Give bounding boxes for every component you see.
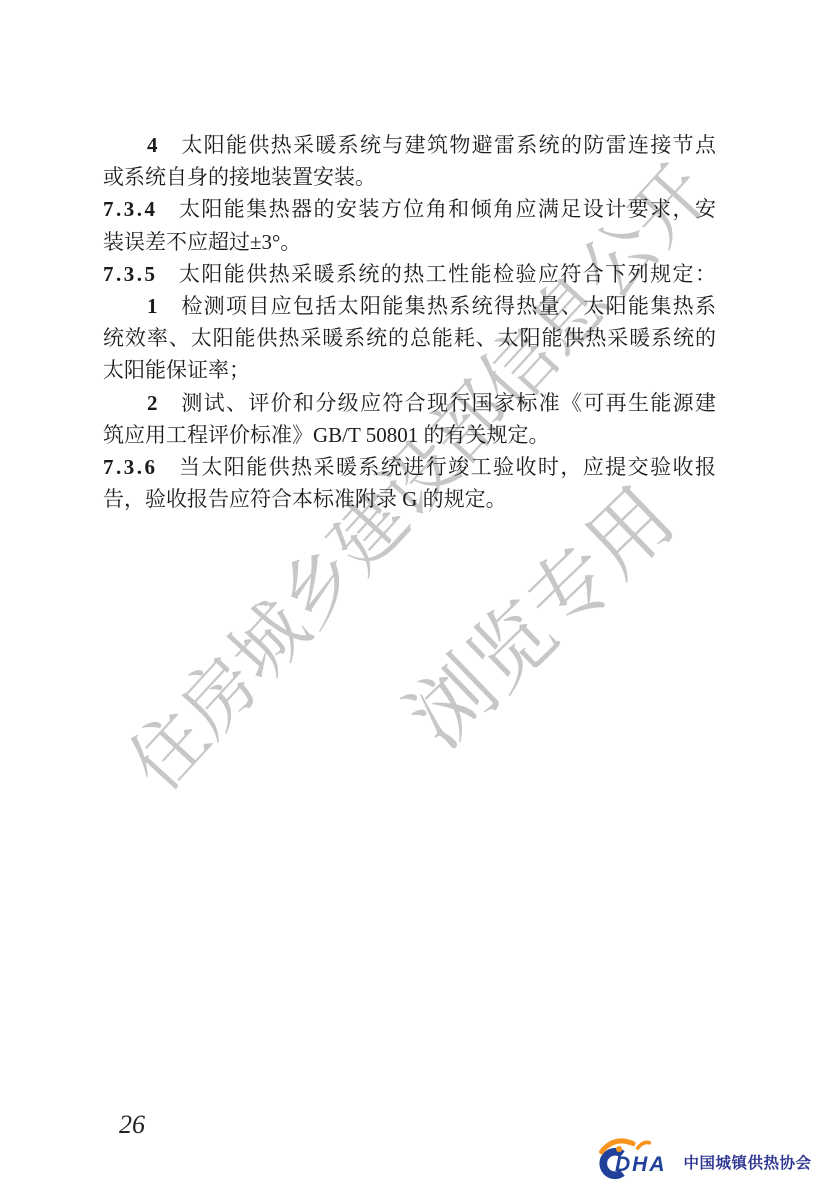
clause-text: 或系统自身的接地装置安装。 [103, 165, 376, 189]
clause-text: 太阳能保证率； [103, 358, 250, 382]
clause-line: 7.3.4太阳能集热器的安装方位角和倾角应满足设计要求，安 [103, 193, 716, 225]
clause-text: 筑应用工程评价标准》GB/T 50801 的有关规定。 [103, 423, 549, 447]
clause-line: 7.3.5太阳能供热采暖系统的热工性能检验应符合下列规定： [103, 258, 716, 290]
logo-org-name: 中国城镇供热协会 [684, 1151, 812, 1173]
footer-logo: DHA 中国城镇供热协会 [597, 1133, 812, 1185]
page-number: 26 [119, 1110, 145, 1140]
clause-text: 统效率、太阳能供热采暖系统的总能耗、太阳能供热采暖系统的 [103, 326, 716, 350]
clause-line: 统效率、太阳能供热采暖系统的总能耗、太阳能供热采暖系统的 [103, 322, 716, 354]
clause-text: 测试、评价和分级应符合现行国家标准《可再生能源建 [180, 391, 716, 415]
clause-number: 2 [147, 391, 160, 415]
clause-line: 装误差不应超过±3°。 [103, 226, 716, 258]
clause-number: 4 [147, 133, 160, 157]
clause-text: 告，验收报告应符合本标准附录 G 的规定。 [103, 487, 507, 511]
clause-text: 太阳能供热采暖系统与建筑物避雷系统的防雷连接节点 [180, 133, 716, 157]
clause-number: 7.3.6 [103, 455, 158, 479]
clause-text: 太阳能供热采暖系统的热工性能检验应符合下列规定： [178, 262, 717, 286]
clause-number: 7.3.5 [103, 262, 158, 286]
clause-number: 1 [147, 294, 160, 318]
body-text-block: 4太阳能供热采暖系统与建筑物避雷系统的防雷连接节点 或系统自身的接地装置安装。 … [103, 129, 716, 515]
clause-line: 或系统自身的接地装置安装。 [103, 161, 716, 193]
clause-text: 装误差不应超过±3°。 [103, 230, 301, 254]
logo-abbr: DHA [615, 1153, 667, 1177]
clause-line: 1检测项目应包括太阳能集热系统得热量、太阳能集热系 [103, 290, 716, 322]
clause-line: 2测试、评价和分级应符合现行国家标准《可再生能源建 [103, 387, 716, 419]
clause-line: 4太阳能供热采暖系统与建筑物避雷系统的防雷连接节点 [103, 129, 716, 161]
clause-line: 7.3.6当太阳能供热采暖系统进行竣工验收时，应提交验收报 [103, 451, 716, 483]
document-page: 住房城乡建设部信息公开 浏览专用 4太阳能供热采暖系统与建筑物避雷系统的防雷连接… [0, 0, 827, 1198]
clause-line: 太阳能保证率； [103, 354, 716, 386]
clause-text: 当太阳能供热采暖系统进行竣工验收时，应提交验收报 [178, 455, 717, 479]
clause-text: 检测项目应包括太阳能集热系统得热量、太阳能集热系 [180, 294, 716, 318]
clause-text: 太阳能集热器的安装方位角和倾角应满足设计要求，安 [178, 197, 717, 221]
clause-line: 告，验收报告应符合本标准附录 G 的规定。 [103, 483, 716, 515]
clause-line: 筑应用工程评价标准》GB/T 50801 的有关规定。 [103, 419, 716, 451]
clause-number: 7.3.4 [103, 197, 158, 221]
